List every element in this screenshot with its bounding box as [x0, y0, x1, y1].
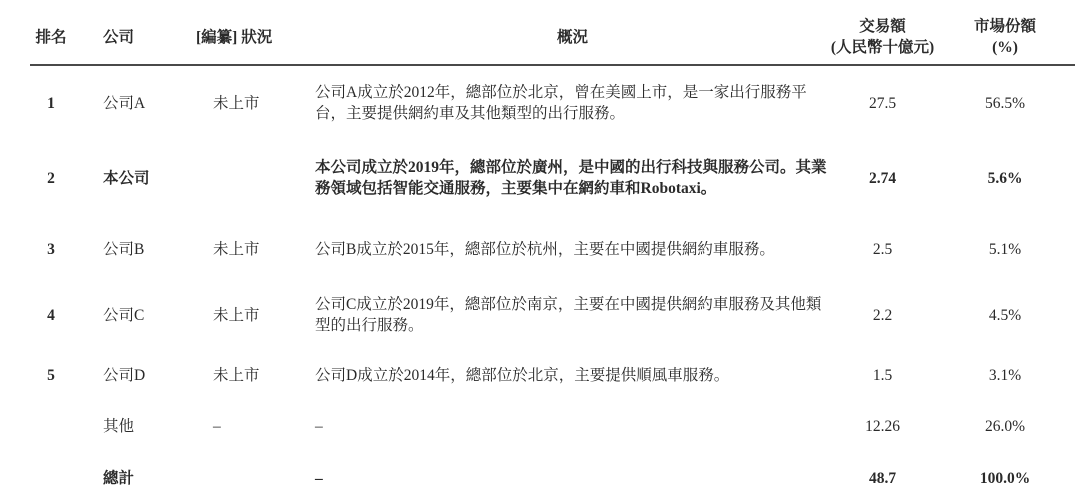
table-row: 2 本公司 本公司成立於2019年，總部位於廣州，是中國的出行科技與服務公司。其…: [30, 157, 1075, 199]
overview-cell: –: [282, 416, 830, 437]
status-cell: 未上市: [182, 365, 282, 386]
table-header-row: 排名 公司 [編纂] 狀況 概況 交易額 (人民幣十億元) 市場份額 (%): [30, 8, 1075, 66]
document-page: 排名 公司 [編纂] 狀況 概況 交易額 (人民幣十億元) 市場份額 (%) 1…: [0, 0, 1080, 489]
overview-cell: 公司B成立於2015年，總部位於杭州，主要在中國提供網約車服務。: [282, 239, 830, 260]
company-cell: 公司C: [72, 305, 182, 326]
market-share-cell: 26.0%: [935, 416, 1075, 437]
company-cell: 公司B: [72, 239, 182, 260]
transaction-value-cell: 2.2: [830, 305, 935, 326]
header-market-share-line1: 市場份額: [935, 16, 1075, 37]
header-company: 公司: [72, 27, 182, 48]
header-market-share-line2: (%): [935, 37, 1075, 58]
header-transaction: 交易額 (人民幣十億元): [830, 16, 935, 58]
table-row: 3 公司B 未上市 公司B成立於2015年，總部位於杭州，主要在中國提供網約車服…: [30, 239, 1075, 260]
company-cell: 公司D: [72, 365, 182, 386]
table-row: 總計 – 48.7 100.0%: [30, 468, 1075, 489]
overview-cell: –: [282, 468, 830, 489]
market-share-cell: 4.5%: [935, 305, 1075, 326]
table-row: 5 公司D 未上市 公司D成立於2014年，總部位於北京，主要提供順風車服務。 …: [30, 365, 1075, 386]
table-row: 1 公司A 未上市 公司A成立於2012年，總部位於北京，曾在美國上市，是一家出…: [30, 82, 1075, 124]
table-row: 4 公司C 未上市 公司C成立於2019年，總部位於南京，主要在中國提供網約車服…: [30, 294, 1075, 336]
transaction-value-cell: 48.7: [830, 468, 935, 489]
rank-cell: 1: [30, 93, 72, 114]
market-share-cell: 3.1%: [935, 365, 1075, 386]
header-status: [編纂] 狀況: [182, 27, 282, 48]
rank-cell: 4: [30, 305, 72, 326]
transaction-value-cell: 1.5: [830, 365, 935, 386]
header-market-share: 市場份額 (%): [935, 16, 1075, 58]
rank-cell: 2: [30, 168, 72, 189]
rank-cell: 5: [30, 365, 72, 386]
overview-cell: 公司C成立於2019年，總部位於南京，主要在中國提供網約車服務及其他類型的出行服…: [282, 294, 830, 336]
transaction-value-cell: 2.74: [830, 168, 935, 189]
overview-cell: 公司A成立於2012年，總部位於北京，曾在美國上市，是一家出行服務平台，主要提供…: [282, 82, 830, 124]
rank-cell: 3: [30, 239, 72, 260]
table-body: 1 公司A 未上市 公司A成立於2012年，總部位於北京，曾在美國上市，是一家出…: [30, 82, 1075, 489]
market-competitor-table: 排名 公司 [編纂] 狀況 概況 交易額 (人民幣十億元) 市場份額 (%) 1…: [30, 8, 1075, 489]
company-cell: 其他: [72, 416, 182, 437]
transaction-value-cell: 12.26: [830, 416, 935, 437]
market-share-cell: 100.0%: [935, 468, 1075, 489]
market-share-cell: 56.5%: [935, 93, 1075, 114]
overview-cell: 本公司成立於2019年，總部位於廣州，是中國的出行科技與服務公司。其業務領域包括…: [282, 157, 830, 199]
table-row: 其他 – – 12.26 26.0%: [30, 416, 1075, 437]
company-cell: 本公司: [72, 168, 182, 189]
company-cell: 公司A: [72, 93, 182, 114]
header-rank: 排名: [30, 27, 72, 48]
status-cell: 未上市: [182, 93, 282, 114]
header-transaction-line2: (人民幣十億元): [830, 37, 935, 58]
market-share-cell: 5.1%: [935, 239, 1075, 260]
status-cell: –: [182, 416, 282, 437]
status-cell: 未上市: [182, 239, 282, 260]
market-share-cell: 5.6%: [935, 168, 1075, 189]
company-cell: 總計: [72, 468, 182, 489]
transaction-value-cell: 2.5: [830, 239, 935, 260]
status-cell: 未上市: [182, 305, 282, 326]
overview-cell: 公司D成立於2014年，總部位於北京，主要提供順風車服務。: [282, 365, 830, 386]
header-overview: 概況: [282, 27, 830, 48]
header-transaction-line1: 交易額: [830, 16, 935, 37]
transaction-value-cell: 27.5: [830, 93, 935, 114]
